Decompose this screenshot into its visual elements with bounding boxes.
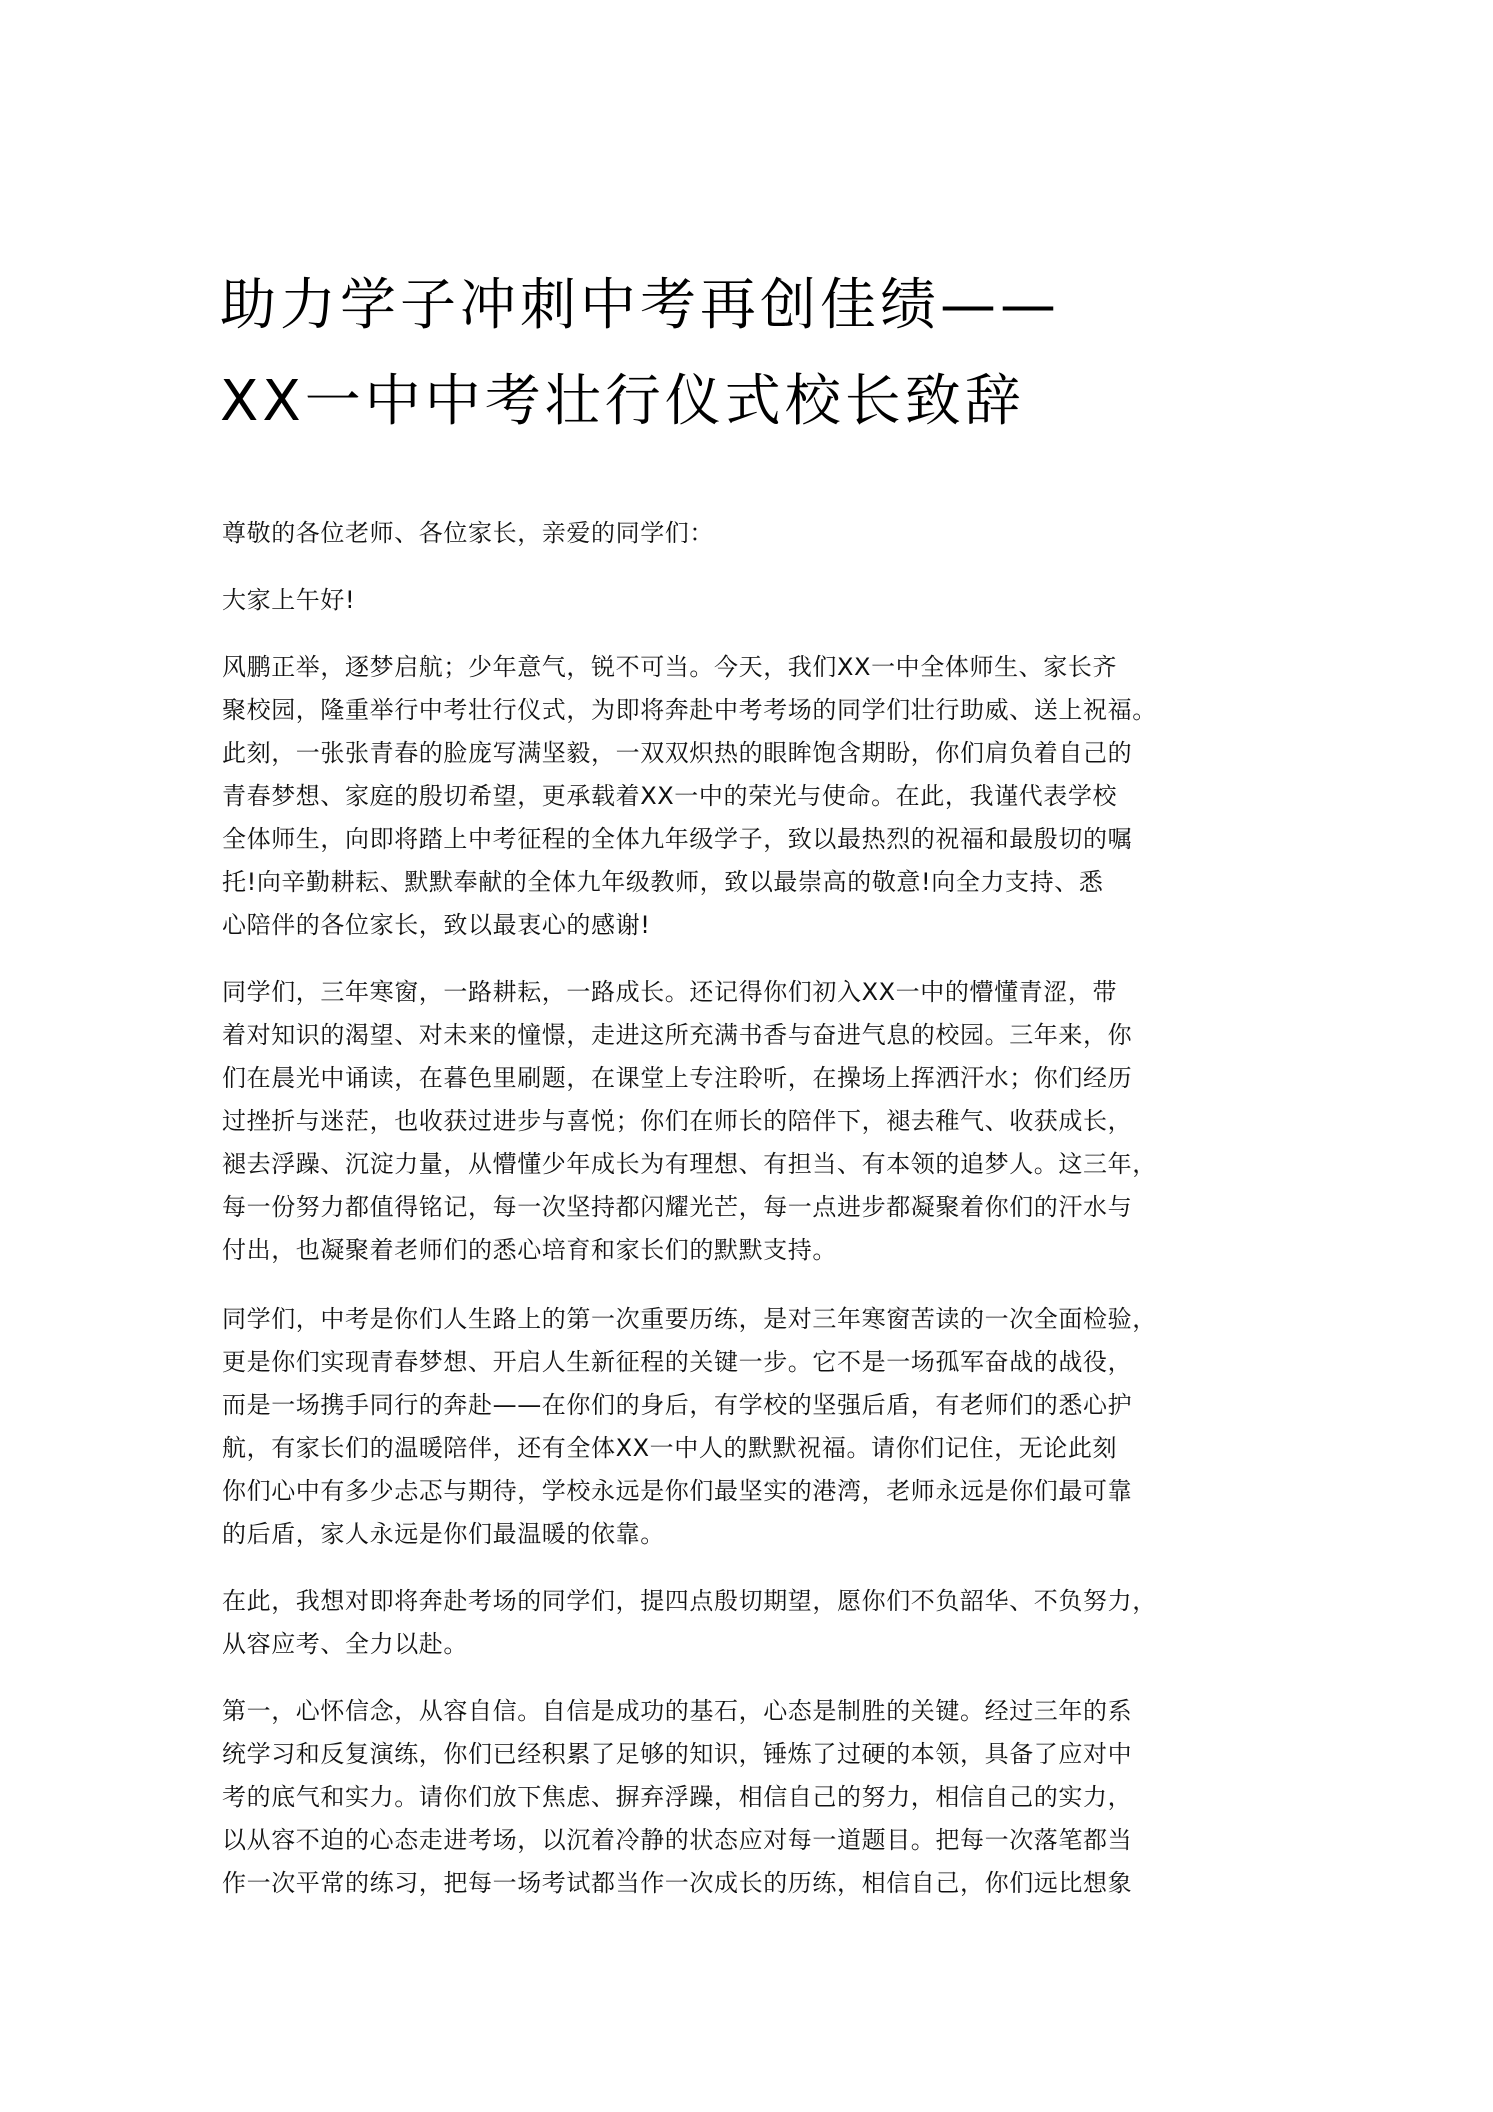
salutation: 尊敬的各位老师、各位家长，亲爱的同学们： [222, 512, 1302, 555]
greeting: 大家上午好! [222, 579, 1302, 622]
text-line: 青春梦想、家庭的殷切希望，更承载着XX一中的荣光与使命。在此，我谨代表学校 [222, 775, 1302, 818]
paragraph-expectations-intro: 在此，我想对即将奔赴考场的同学们，提四点殷切期望，愿你们不负韶华、不负努力， 从… [222, 1580, 1302, 1666]
paragraph-three-years: 同学们，三年寒窗，一路耕耘，一路成长。还记得你们初入XX一中的懵懂青涩，带 着对… [222, 971, 1302, 1272]
text-line: 过挫折与迷茫，也收获过进步与喜悦；你们在师长的陪伴下，褪去稚气、收获成长， [222, 1100, 1302, 1143]
text-line: 你们心中有多少忐忑与期待，学校永远是你们最坚实的港湾，老师永远是你们最可靠 [222, 1470, 1302, 1513]
document-body: 尊敬的各位老师、各位家长，亲爱的同学们： 大家上午好! 风鹏正举，逐梦启航；少年… [222, 512, 1302, 1905]
paragraph-opening: 风鹏正举，逐梦启航；少年意气，锐不可当。今天，我们XX一中全体师生、家长齐 聚校… [222, 646, 1302, 947]
paragraph-spacer [222, 1666, 1302, 1690]
text-line: 此刻，一张张青春的脸庞写满坚毅，一双双炽热的眼眸饱含期盼，你们肩负着自己的 [222, 732, 1302, 775]
text-line: 更是你们实现青春梦想、开启人生新征程的关键一步。它不是一场孤军奋战的战役， [222, 1341, 1302, 1384]
title-line-2: XX一中中考壮行仪式校长致辞 [220, 354, 1060, 450]
text-line: 考的底气和实力。请你们放下焦虑、摒弃浮躁，相信自己的努力，相信自己的实力， [222, 1776, 1302, 1819]
text-line: 第一，心怀信念，从容自信。自信是成功的基石，心态是制胜的关键。经过三年的系 [222, 1690, 1302, 1733]
text-line: 托!向辛勤耕耘、默默奉献的全体九年级教师，致以最崇高的敬意!向全力支持、悉 [222, 861, 1302, 904]
text-line: 而是一场携手同行的奔赴——在你们的身后，有学校的坚强后盾，有老师们的悉心护 [222, 1384, 1302, 1427]
text-line: 褪去浮躁、沉淀力量，从懵懂少年成长为有理想、有担当、有本领的追梦人。这三年， [222, 1143, 1302, 1186]
greeting-paragraph: 大家上午好! [222, 579, 1302, 622]
paragraph-spacer [222, 947, 1302, 971]
text-line: 同学们，三年寒窗，一路耕耘，一路成长。还记得你们初入XX一中的懵懂青涩，带 [222, 971, 1302, 1014]
text-line: 从容应考、全力以赴。 [222, 1623, 1302, 1666]
paragraph-first-expectation: 第一，心怀信念，从容自信。自信是成功的基石，心态是制胜的关键。经过三年的系 统学… [222, 1690, 1302, 1905]
paragraph-exam-meaning: 同学们，中考是你们人生路上的第一次重要历练，是对三年寒窗苦读的一次全面检验， 更… [222, 1298, 1302, 1556]
title-line-1: 助力学子冲刺中考再创佳绩—— [220, 258, 1060, 354]
text-line: 付出，也凝聚着老师们的悉心培育和家长们的默默支持。 [222, 1229, 1302, 1272]
text-line: 作一次平常的练习，把每一场考试都当作一次成长的历练，相信自己，你们远比想象 [222, 1862, 1302, 1905]
text-line: 同学们，中考是你们人生路上的第一次重要历练，是对三年寒窗苦读的一次全面检验， [222, 1298, 1302, 1341]
text-line: 每一份努力都值得铭记，每一次坚持都闪耀光芒，每一点进步都凝聚着你们的汗水与 [222, 1186, 1302, 1229]
document-page: 助力学子冲刺中考再创佳绩—— XX一中中考壮行仪式校长致辞 尊敬的各位老师、各位… [0, 0, 1493, 2112]
text-line: 航，有家长们的温暖陪伴，还有全体XX一中人的默默祝福。请你们记住，无论此刻 [222, 1427, 1302, 1470]
paragraph-spacer [222, 622, 1302, 646]
text-line: 在此，我想对即将奔赴考场的同学们，提四点殷切期望，愿你们不负韶华、不负努力， [222, 1580, 1302, 1623]
document-title: 助力学子冲刺中考再创佳绩—— XX一中中考壮行仪式校长致辞 [220, 258, 1060, 450]
text-line: 全体师生，向即将踏上中考征程的全体九年级学子，致以最热烈的祝福和最殷切的嘱 [222, 818, 1302, 861]
text-line: 着对知识的渴望、对未来的憧憬，走进这所充满书香与奋进气息的校园。三年来，你 [222, 1014, 1302, 1057]
text-line: 心陪伴的各位家长，致以最衷心的感谢! [222, 904, 1302, 947]
text-line: 们在晨光中诵读，在暮色里刷题，在课堂上专注聆听，在操场上挥洒汗水；你们经历 [222, 1057, 1302, 1100]
text-line: 聚校园，隆重举行中考壮行仪式，为即将奔赴中考考场的同学们壮行助威、送上祝福。 [222, 689, 1302, 732]
paragraph-spacer [222, 555, 1302, 579]
text-line: 以从容不迫的心态走进考场，以沉着冷静的状态应对每一道题目。把每一次落笔都当 [222, 1819, 1302, 1862]
paragraph-spacer [222, 1556, 1302, 1580]
paragraph-spacer [222, 1272, 1302, 1298]
text-line: 的后盾，家人永远是你们最温暖的依靠。 [222, 1513, 1302, 1556]
text-line: 风鹏正举，逐梦启航；少年意气，锐不可当。今天，我们XX一中全体师生、家长齐 [222, 646, 1302, 689]
salutation-paragraph: 尊敬的各位老师、各位家长，亲爱的同学们： [222, 512, 1302, 555]
text-line: 统学习和反复演练，你们已经积累了足够的知识，锤炼了过硬的本领，具备了应对中 [222, 1733, 1302, 1776]
